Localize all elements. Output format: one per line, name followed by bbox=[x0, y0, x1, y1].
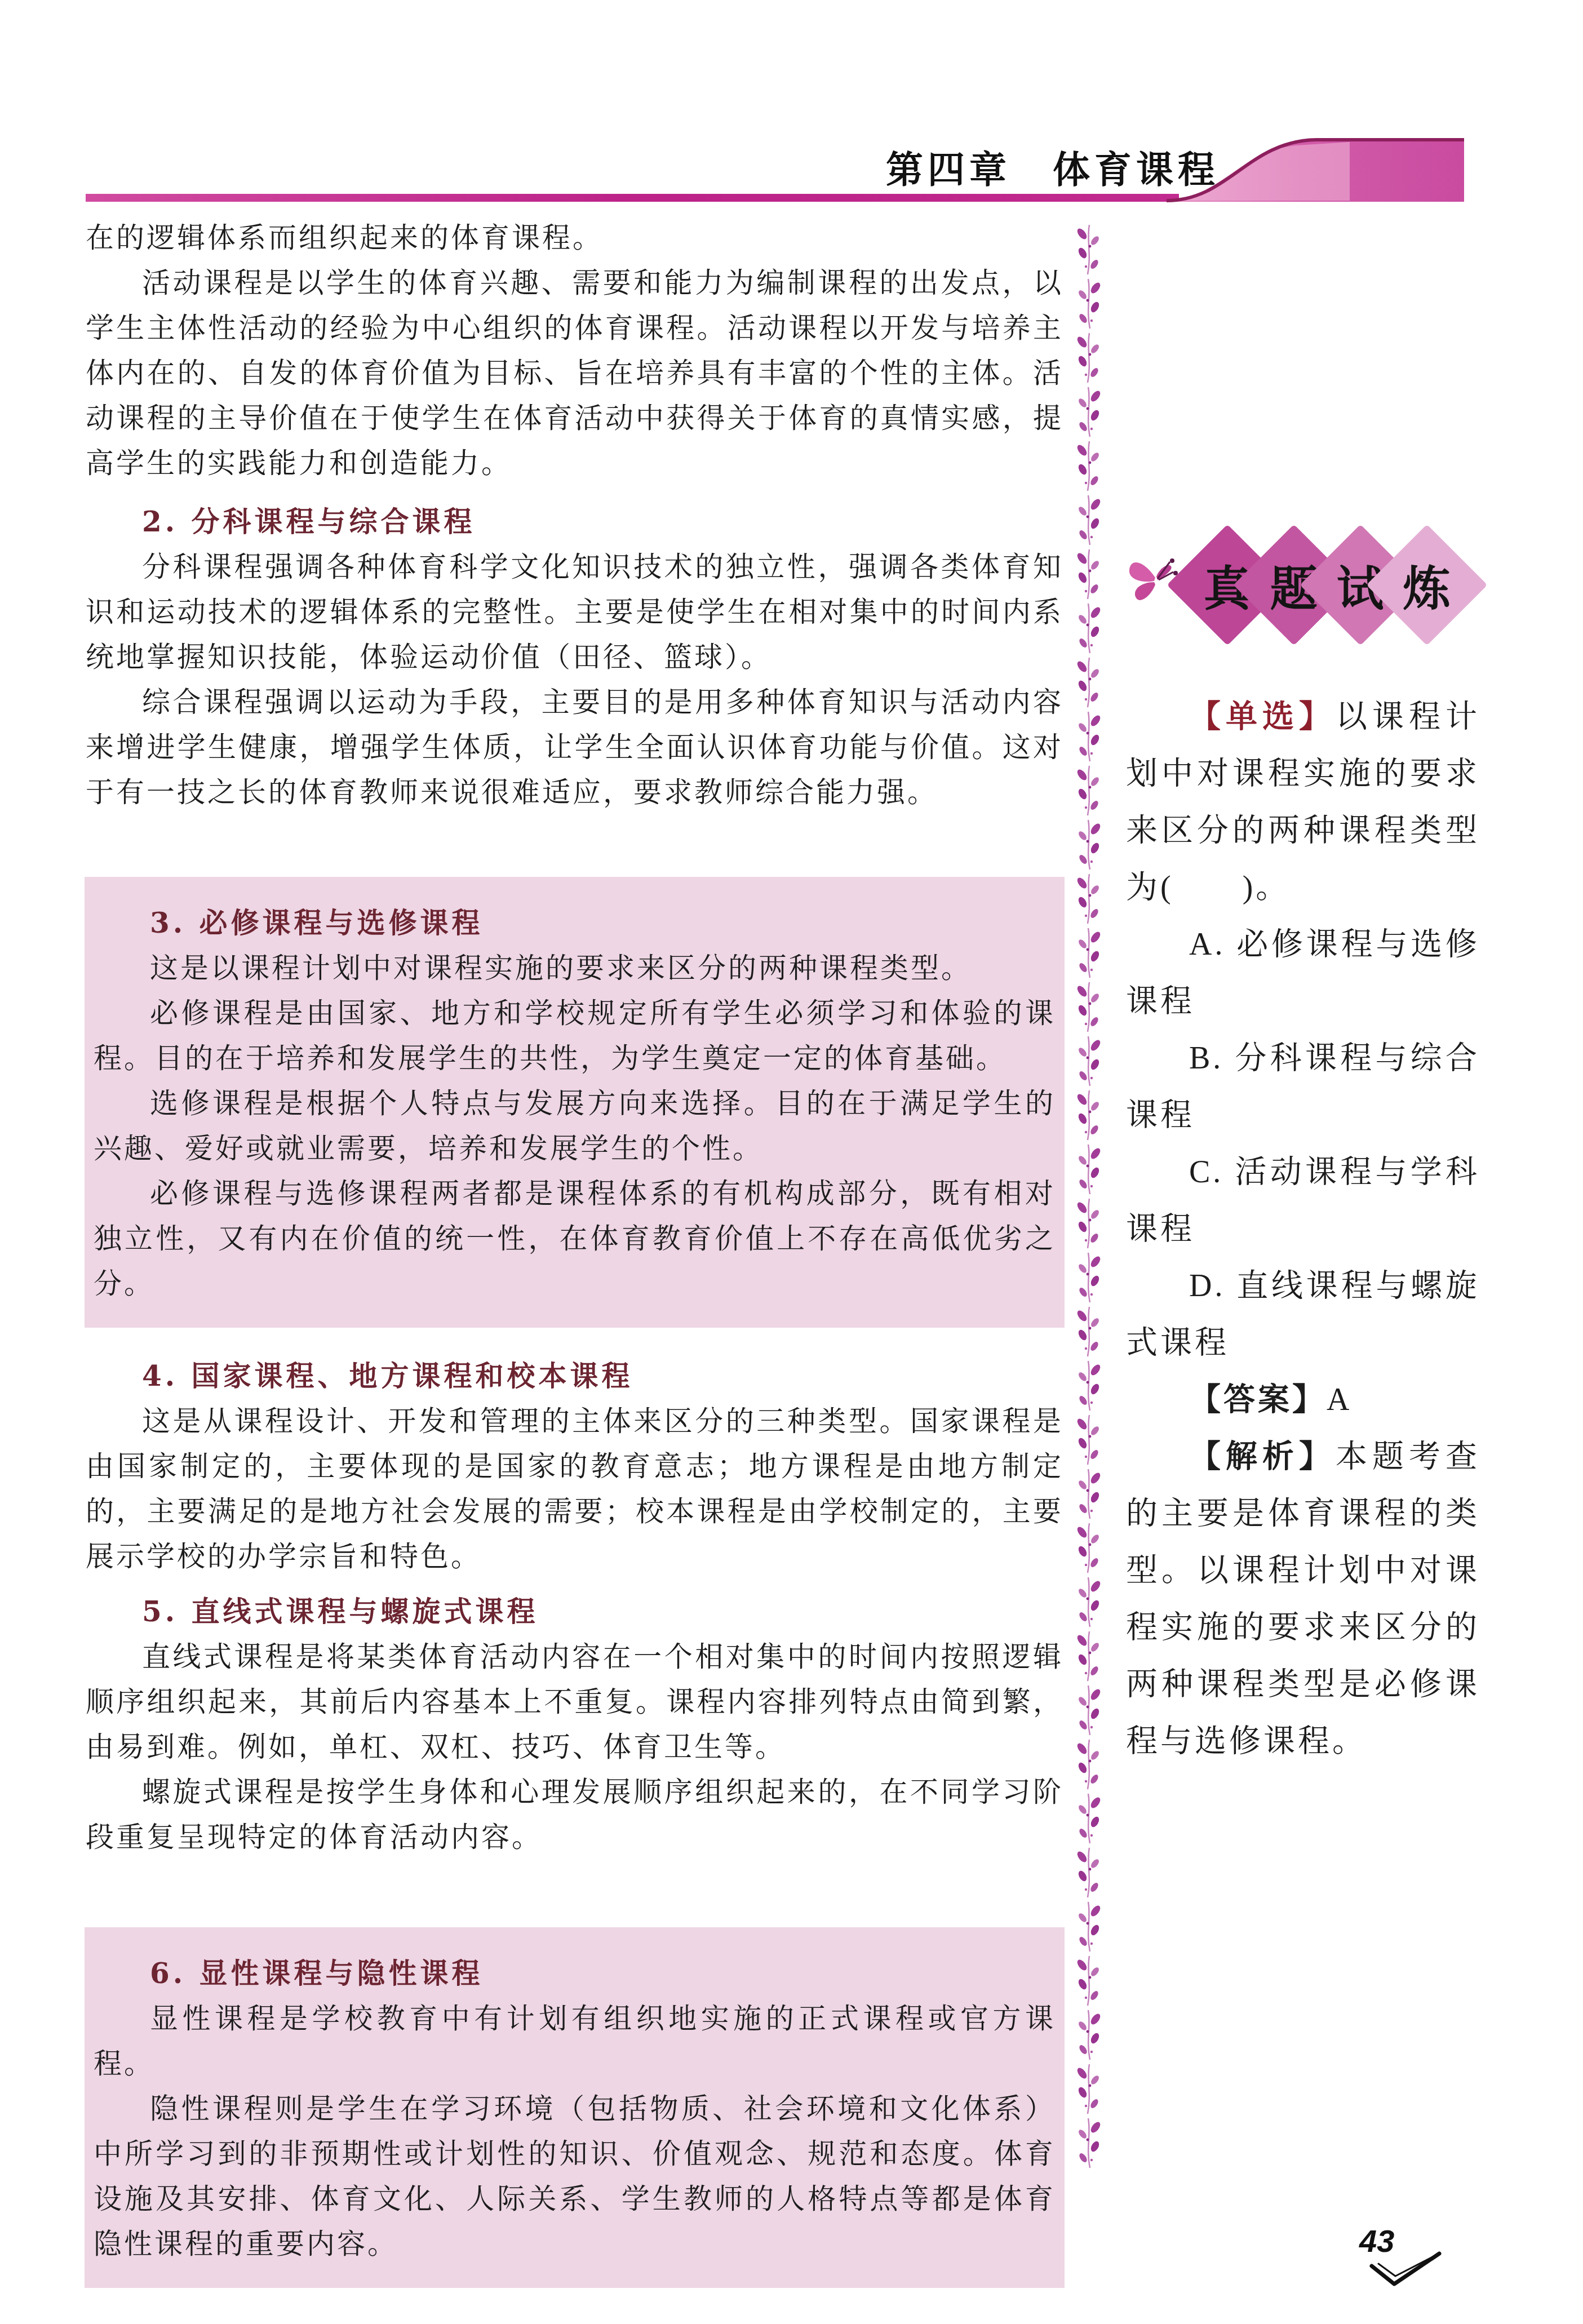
header-rule bbox=[86, 194, 1179, 202]
vine-sprig-icon bbox=[1076, 1791, 1102, 1846]
vine-sprig-icon bbox=[1076, 1250, 1102, 1305]
vine-sprig-icon bbox=[1076, 1034, 1102, 1088]
vine-sprig-icon bbox=[1076, 277, 1102, 331]
section-heading-4: 4. 国家课程、地方课程和校本课程 bbox=[86, 1354, 1063, 1399]
sidebar-exam-practice: 真 题 试 炼 【单选】以课程计划中对课程实施的要求来区分的两种课程类型为( )… bbox=[1126, 542, 1480, 1770]
vine-sprig-icon bbox=[1076, 1629, 1102, 1683]
page-number: 43 bbox=[1359, 2223, 1394, 2259]
paragraph-sec2-2: 综合课程强调以运动为手段，主要目的是用多种体育知识与活动内容来增进学生健康，增强… bbox=[86, 680, 1063, 815]
paragraph-sec6-1: 显性课程是学校教育中有计划有组织地实施的正式课程或官方课程。 bbox=[94, 1996, 1056, 2086]
vine-sprig-icon bbox=[1076, 1954, 1102, 2008]
question-stem: 【单选】以课程计划中对课程实施的要求来区分的两种课程类型为( )。 bbox=[1126, 689, 1480, 916]
textbook-page: 第四章 体育课程 bbox=[0, 0, 1583, 2324]
vine-sprig-icon bbox=[1076, 2062, 1102, 2116]
section-heading-2: 2. 分科课程与综合课程 bbox=[86, 499, 1063, 544]
question-type-tag: 【单选】 bbox=[1189, 699, 1336, 734]
vine-sprig-icon bbox=[1076, 1196, 1102, 1250]
vine-divider bbox=[1074, 223, 1103, 2184]
section-heading-3: 3. 必修课程与选修课程 bbox=[94, 901, 1056, 946]
vine-sprig-icon bbox=[1076, 2008, 1102, 2062]
option-label: A. bbox=[1189, 927, 1225, 962]
paragraph-sec4-1: 这是从课程设计、开发和管理的主体来区分的三种类型。国家课程是由国家制定的，主要体… bbox=[86, 1399, 1063, 1579]
paragraph-sec3-4: 必修课程与选修课程两者都是课程体系的有机构成部分，既有相对独立性，又有内在价值的… bbox=[94, 1171, 1056, 1306]
vine-sprig-icon bbox=[1076, 709, 1102, 764]
option-c: C. 活动课程与学科课程 bbox=[1126, 1144, 1480, 1258]
highlight-box-explicit-hidden: 6. 显性课程与隐性课程 显性课程是学校教育中有计划有组织地实施的正式课程或官方… bbox=[85, 1927, 1065, 2288]
vine-sprig-icon bbox=[1076, 331, 1102, 385]
vine-sprig-icon bbox=[1076, 1142, 1102, 1196]
option-text: 必修课程与选修课程 bbox=[1126, 927, 1480, 1019]
paragraph-sec2-1: 分科课程强调各种体育科学文化知识技术的独立性，强调各类体育知识和运动技术的逻辑体… bbox=[86, 544, 1063, 680]
paragraph-sec5-2: 螺旋式课程是按学生身体和心理发展顺序组织起来的，在不同学习阶段重复呈现特定的体育… bbox=[86, 1769, 1063, 1860]
badge-diamond-4: 炼 bbox=[1367, 525, 1488, 646]
exam-question-block: 【单选】以课程计划中对课程实施的要求来区分的两种课程类型为( )。 A. 必修课… bbox=[1126, 689, 1480, 1770]
section-heading-5: 5. 直线式课程与螺旋式课程 bbox=[86, 1589, 1063, 1634]
answer-value: A bbox=[1327, 1382, 1352, 1417]
header-ribbon-ramp bbox=[1167, 142, 1350, 201]
vine-sprig-icon bbox=[1076, 764, 1102, 818]
option-text: 直线课程与螺旋式课程 bbox=[1126, 1269, 1480, 1360]
highlight-box-required-elective: 3. 必修课程与选修课程 这是以课程计划中对课程实施的要求来区分的两种课程类型。… bbox=[85, 877, 1065, 1328]
vine-sprig-icon bbox=[1076, 872, 1102, 926]
vine-sprig-icon bbox=[1076, 1900, 1102, 1954]
option-label: B. bbox=[1189, 1041, 1223, 1076]
main-text-column: 在的逻辑体系而组织起来的体育课程。 活动课程是以学生的体育兴趣、需要和能力为编制… bbox=[86, 215, 1063, 2288]
option-a: A. 必修课程与选修课程 bbox=[1126, 916, 1480, 1030]
exam-practice-badge: 真 题 试 炼 bbox=[1126, 542, 1480, 677]
option-text: 活动课程与学科课程 bbox=[1126, 1155, 1480, 1247]
paragraph-sec3-2: 必修课程是由国家、地方和学校规定所有学生必须学习和体验的课程。目的在于培养和发展… bbox=[94, 991, 1056, 1081]
vine-sprig-icon bbox=[1076, 1683, 1102, 1737]
vine-sprig-icon bbox=[1076, 2116, 1102, 2170]
option-text: 分科课程与综合课程 bbox=[1126, 1041, 1480, 1133]
paragraph-continuation: 在的逻辑体系而组织起来的体育课程。 bbox=[86, 215, 1063, 260]
vine-sprig-icon bbox=[1076, 655, 1102, 709]
section-heading-6: 6. 显性课程与隐性课程 bbox=[94, 1951, 1056, 1996]
paragraph-sec3-1: 这是以课程计划中对课程实施的要求来区分的两种课程类型。 bbox=[94, 946, 1056, 991]
vine-sprig-icon bbox=[1076, 547, 1102, 601]
vine-sprig-icon bbox=[1076, 1359, 1102, 1413]
vine-sprig-icon bbox=[1076, 493, 1102, 547]
option-d: D. 直线课程与螺旋式课程 bbox=[1126, 1258, 1480, 1372]
vine-sprig-icon bbox=[1076, 601, 1102, 655]
page-number-block: 43 bbox=[1359, 2223, 1461, 2294]
vine-sprig-icon bbox=[1076, 980, 1102, 1034]
vine-sprig-icon bbox=[1076, 1575, 1102, 1629]
paragraph-sec6-2: 隐性课程则是学生在学习环境（包括物质、社会环境和文化体系）中所学习到的非预期性或… bbox=[94, 2086, 1056, 2267]
vine-sprig-icon bbox=[1076, 223, 1102, 277]
paragraph-sec3-3: 选修课程是根据个人特点与发展方向来选择。目的在于满足学生的兴趣、爱好或就业需要，… bbox=[94, 1081, 1056, 1171]
option-label: D. bbox=[1189, 1269, 1225, 1303]
option-label: C. bbox=[1189, 1155, 1223, 1190]
vine-sprig-icon bbox=[1076, 926, 1102, 980]
header-ribbon-decoration bbox=[85, 134, 1466, 206]
answer-tag: 【答案】 bbox=[1189, 1382, 1327, 1417]
analysis-line: 【解析】本题考查的主要是体育课程的类型。以课程计划中对课程实施的要求来区分的两种… bbox=[1126, 1429, 1480, 1770]
vine-sprig-icon bbox=[1076, 1467, 1102, 1521]
vine-sprig-icon bbox=[1076, 439, 1102, 493]
vine-sprig-icon bbox=[1076, 1737, 1102, 1791]
badge-char: 炼 bbox=[1403, 551, 1451, 619]
vine-sprig-icon bbox=[1076, 1413, 1102, 1467]
vine-sprig-icon bbox=[1076, 1846, 1102, 1900]
vine-sprig-icon bbox=[1076, 1088, 1102, 1142]
paragraph-sec5-1: 直线式课程是将某类体育活动内容在一个相对集中的时间内按照逻辑顺序组织起来，其前后… bbox=[86, 1634, 1063, 1769]
analysis-tag: 【解析】 bbox=[1189, 1439, 1336, 1474]
paragraph-activity-curriculum: 活动课程是以学生的体育兴趣、需要和能力为编制课程的出发点，以学生主体性活动的经验… bbox=[86, 260, 1063, 486]
vine-sprig-icon bbox=[1076, 818, 1102, 872]
vine-sprig-icon bbox=[1076, 1305, 1102, 1359]
vine-sprig-icon bbox=[1076, 385, 1102, 439]
option-b: B. 分科课程与综合课程 bbox=[1126, 1030, 1480, 1144]
analysis-text: 本题考查的主要是体育课程的类型。以课程计划中对课程实施的要求来区分的两种课程类型… bbox=[1126, 1439, 1480, 1759]
answer-line: 【答案】A bbox=[1126, 1372, 1480, 1429]
vine-sprig-icon bbox=[1076, 1521, 1102, 1575]
